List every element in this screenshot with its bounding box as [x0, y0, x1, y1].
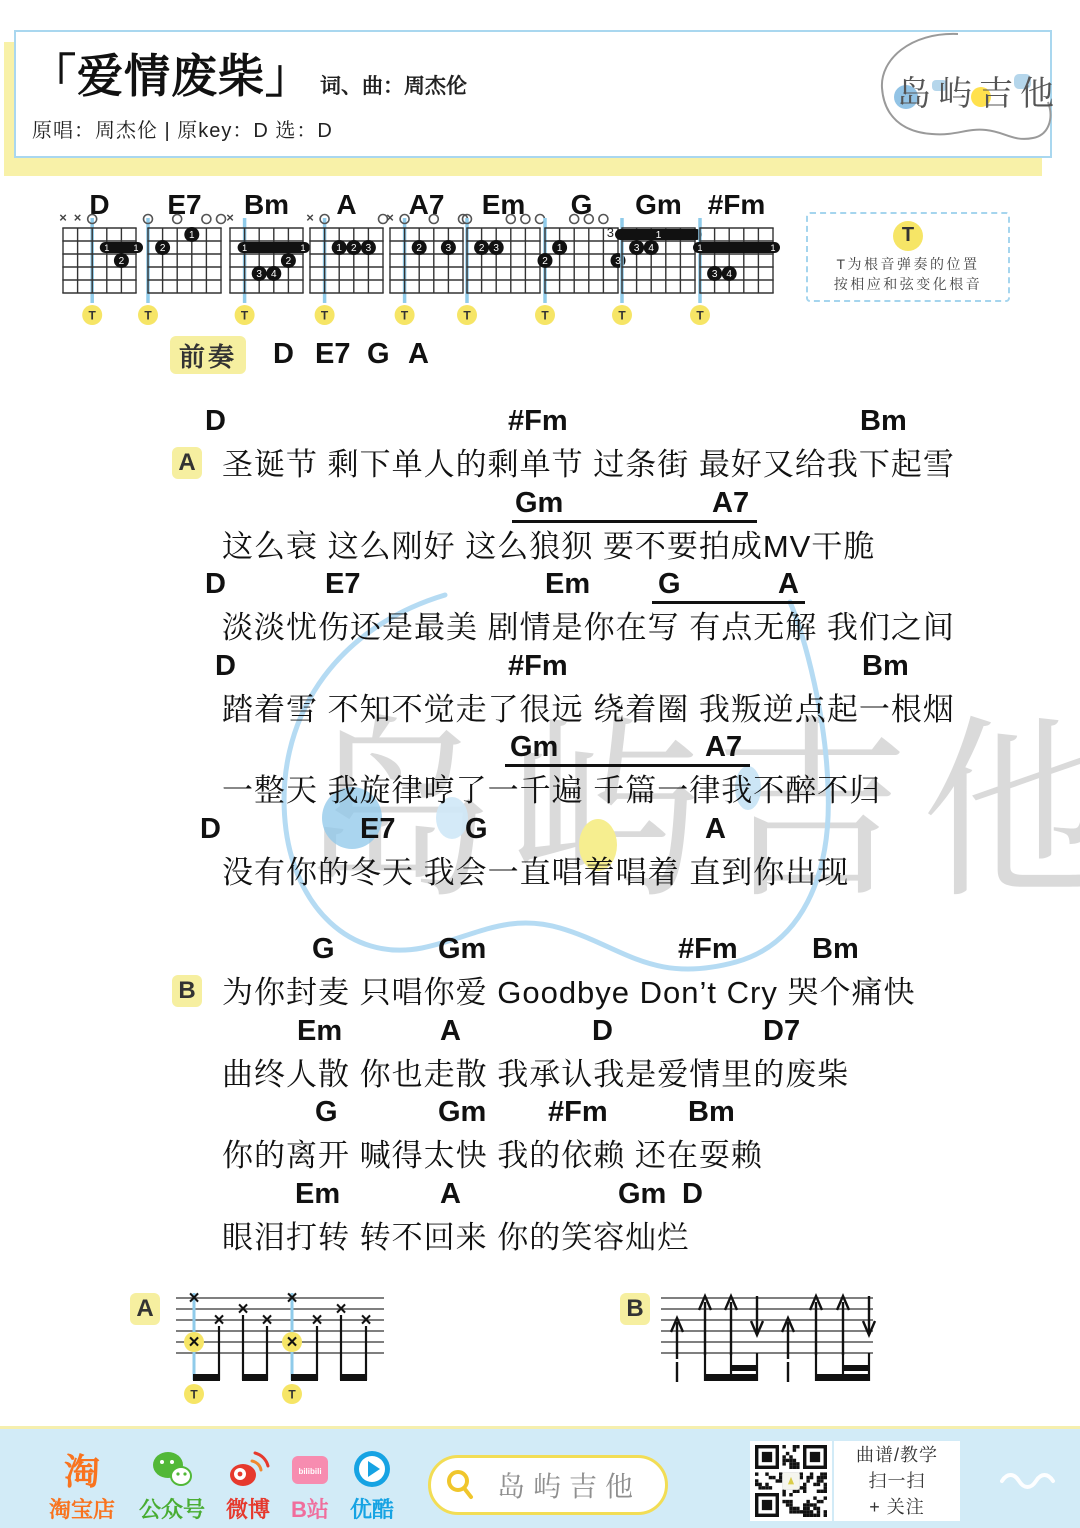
svg-text:#Fm: #Fm	[708, 189, 766, 220]
svg-text:T: T	[463, 309, 471, 323]
song-meta: 原唱：周杰伦 | 原key：D 选：D	[32, 114, 333, 143]
root-note-hint-box: T T为根音弹奏的位置 按相应和弦变化根音	[806, 212, 1010, 302]
svg-text:×: ×	[188, 1332, 199, 1353]
rhythm-pattern-A: T×××××T×××××	[176, 1288, 384, 1404]
chord-label-#Fm: #Fm	[508, 650, 568, 683]
svg-text:4: 4	[648, 243, 654, 254]
search-pill[interactable]: 岛屿吉他	[428, 1455, 668, 1515]
chord-label-A: A	[778, 568, 799, 601]
chord-label-D: D	[592, 1015, 613, 1048]
svg-text:×: ×	[311, 1310, 322, 1331]
svg-text:1: 1	[189, 230, 195, 241]
lyric-line: 你的离开 喊得太快 我的依赖 还在耍赖	[222, 1130, 763, 1175]
svg-text:2: 2	[542, 256, 548, 267]
qr-caption: 曲谱/教学 扫一扫 + 关注	[834, 1441, 960, 1521]
intro-chord-D: D	[273, 338, 294, 371]
chord-label-#Fm: #Fm	[678, 933, 738, 966]
t-hint-line1: T为根音弹奏的位置	[836, 254, 979, 274]
svg-text:1: 1	[104, 243, 109, 253]
lyric-line: 没有你的冬天 我会一直唱着唱着 直到你出现	[222, 847, 849, 892]
svg-text:×: ×	[286, 1332, 297, 1353]
wechat-label: 公众号	[139, 1493, 205, 1524]
svg-text:T: T	[401, 309, 409, 323]
svg-text:×: ×	[306, 210, 314, 225]
rhythm-badge-B: B	[620, 1293, 650, 1325]
svg-text:T: T	[190, 1388, 198, 1402]
bilibili-label: B站	[291, 1493, 329, 1524]
lyric-line: 淡淡忧伤还是最美 剧情是你在写 有点无解 我们之间	[222, 602, 955, 647]
svg-text:2: 2	[119, 256, 125, 267]
svg-text:2: 2	[351, 243, 357, 254]
bilibili-icon: bilibili	[288, 1447, 332, 1491]
svg-text:T: T	[89, 309, 97, 323]
svg-text:E7: E7	[167, 189, 201, 220]
chord-label-A7: A7	[712, 487, 749, 520]
svg-text:A7: A7	[409, 189, 445, 220]
t-badge: T	[893, 221, 923, 251]
svg-text:×: ×	[74, 210, 82, 225]
svg-text:A: A	[336, 189, 356, 220]
svg-text:4: 4	[726, 269, 732, 280]
svg-text:×: ×	[335, 1299, 346, 1320]
svg-text:×: ×	[261, 1310, 272, 1331]
svg-text:T: T	[696, 309, 704, 323]
svg-text:T: T	[241, 309, 249, 323]
song-credits: 词、曲：周杰伦	[320, 70, 467, 100]
svg-text:1: 1	[336, 243, 342, 254]
rhythm-badge-A: A	[130, 1293, 160, 1325]
chord-label-#Fm: #Fm	[508, 405, 568, 438]
chord-label-A: A	[440, 1178, 461, 1211]
chord-label-A: A	[705, 813, 726, 846]
lyric-line: 一整天 我旋律哼了一千遍 千篇一律我不醉不归	[222, 765, 881, 810]
lyric-line: 曲终人散 你也走散 我承认我是爱情里的废柴	[222, 1049, 849, 1094]
svg-text:×: ×	[386, 210, 394, 225]
search-icon	[445, 1469, 475, 1501]
chord-label-Bm: Bm	[688, 1096, 735, 1129]
t-hint-line2: 按相应和弦变化根音	[834, 274, 983, 294]
svg-text:3: 3	[256, 269, 262, 280]
svg-text:1: 1	[557, 243, 563, 254]
svg-text:2: 2	[160, 243, 166, 254]
chord-label-E7: E7	[360, 813, 395, 846]
svg-text:1: 1	[242, 243, 247, 253]
chord-label-Gm: Gm	[438, 1096, 486, 1129]
svg-text:T: T	[541, 309, 549, 323]
rhythm-patterns: T×××××T×××××	[0, 1270, 1080, 1430]
lyric-line: 踏着雪 不知不觉走了很远 绕着圈 我叛逆点起一根烟	[222, 684, 955, 729]
chord-label-Em: Em	[295, 1178, 340, 1211]
chord-label-Gm: Gm	[510, 731, 558, 764]
svg-text:2: 2	[416, 243, 422, 254]
wechat-icon	[150, 1447, 194, 1491]
svg-text:3: 3	[634, 243, 640, 254]
chord-sheet-page: 岛屿吉他 「爱情废柴」 词、曲：周杰伦 原唱：周杰伦 | 原key：D 选：D …	[0, 0, 1080, 1528]
svg-text:×: ×	[213, 1310, 224, 1331]
chord-label-G: G	[658, 568, 681, 601]
intro-chord-A: A	[408, 338, 429, 371]
footer-link-taobao[interactable]: 淘 淘宝店	[37, 1447, 127, 1524]
svg-text:×: ×	[286, 1288, 297, 1309]
intro-chord-G: G	[367, 338, 390, 371]
svg-text:G: G	[571, 189, 593, 220]
chord-label-D: D	[205, 405, 226, 438]
svg-text:1: 1	[770, 243, 775, 253]
svg-text:Em: Em	[482, 189, 526, 220]
youku-icon	[350, 1447, 394, 1491]
qr-caption-line2: 扫一扫	[869, 1468, 926, 1494]
chord-label-Em: Em	[545, 568, 590, 601]
squiggle-decoration	[1000, 1471, 1060, 1491]
section-badge-A: A	[172, 447, 202, 479]
svg-text:1: 1	[656, 230, 662, 241]
intro-chord-E7: E7	[315, 338, 350, 371]
search-text: 岛屿吉他	[497, 1465, 641, 1505]
footer-link-youku[interactable]: 优酷	[327, 1447, 417, 1524]
chord-label-Bm: Bm	[860, 405, 907, 438]
taobao-label: 淘宝店	[49, 1493, 115, 1524]
chord-label-G: G	[312, 933, 335, 966]
svg-text:D: D	[89, 189, 109, 220]
chord-label-Bm: Bm	[812, 933, 859, 966]
lyric-line: 圣诞节 剩下单人的剩单节 过条街 最好又给我下起雪	[222, 439, 955, 484]
chord-label-D: D	[682, 1178, 703, 1211]
chord-label-Gm: Gm	[438, 933, 486, 966]
svg-text:4: 4	[271, 269, 277, 280]
rhythm-pattern-B	[661, 1296, 875, 1382]
chord-diagram-#Fm: #Fm1134T	[682, 180, 792, 325]
svg-text:×: ×	[226, 210, 234, 225]
chord-label-D: D	[200, 813, 221, 846]
lyric-line: 为你封麦 只唱你爱 Goodbye Don’t Cry 哭个痛快	[222, 967, 915, 1012]
weibo-icon	[226, 1447, 270, 1491]
svg-text:Bm: Bm	[244, 189, 289, 220]
svg-text:T: T	[618, 309, 626, 323]
chord-label-D: D	[215, 650, 236, 683]
chord-label-Bm: Bm	[862, 650, 909, 683]
svg-text:3: 3	[607, 225, 614, 240]
qr-caption-line3: + 关注	[869, 1494, 925, 1520]
chord-label-#Fm: #Fm	[548, 1096, 608, 1129]
youku-label: 优酷	[350, 1493, 394, 1524]
svg-text:×: ×	[59, 210, 67, 225]
chord-label-G: G	[315, 1096, 338, 1129]
svg-text:×: ×	[360, 1310, 371, 1331]
title-row: 「爱情废柴」 词、曲：周杰伦	[30, 40, 467, 106]
lyric-line: 眼泪打转 转不回来 你的笑容灿烂	[222, 1212, 689, 1257]
weibo-label: 微博	[226, 1493, 270, 1524]
chord-label-Gm: Gm	[618, 1178, 666, 1211]
svg-text:2: 2	[479, 243, 485, 254]
chord-label-G: G	[465, 813, 488, 846]
svg-text:3: 3	[712, 269, 718, 280]
chord-label-A7: A7	[705, 731, 742, 764]
section-badge-B: B	[172, 975, 202, 1007]
chord-label-Gm: Gm	[515, 487, 563, 520]
svg-text:T: T	[144, 309, 152, 323]
svg-text:Gm: Gm	[635, 189, 682, 220]
chord-label-Em: Em	[297, 1015, 342, 1048]
svg-text:2: 2	[286, 256, 292, 267]
svg-text:1: 1	[697, 243, 702, 253]
page-title: 「爱情废柴」	[30, 40, 312, 106]
qr-code[interactable]	[750, 1441, 832, 1521]
chord-label-D7: D7	[763, 1015, 800, 1048]
svg-text:T: T	[321, 309, 329, 323]
intro-badge: 前奏	[170, 336, 246, 374]
footer-bar: 淘 淘宝店 公众号	[0, 1426, 1080, 1528]
taobao-icon: 淘	[64, 1447, 100, 1491]
lyric-line: 这么衰 这么刚好 这么狼狈 要不要拍成MV干脆	[222, 521, 875, 566]
chord-label-D: D	[205, 568, 226, 601]
chord-label-E7: E7	[325, 568, 360, 601]
svg-text:×: ×	[188, 1288, 199, 1309]
svg-text:T: T	[288, 1388, 296, 1402]
brand-logo-text: 岛屿吉他	[897, 66, 1061, 115]
chord-label-A: A	[440, 1015, 461, 1048]
svg-text:bilibili: bilibili	[298, 1467, 321, 1476]
qr-caption-line1: 曲谱/教学	[856, 1442, 938, 1468]
svg-text:3: 3	[366, 243, 372, 254]
svg-text:×: ×	[237, 1299, 248, 1320]
svg-text:3: 3	[493, 243, 499, 254]
